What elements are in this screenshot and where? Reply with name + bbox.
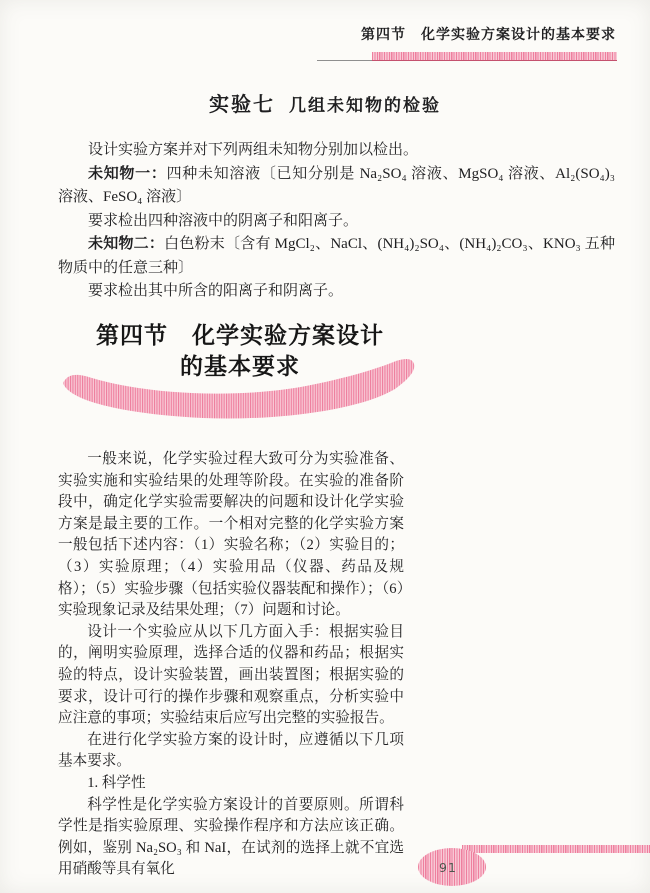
- body-paragraph: 设计一个实验应从以下几方面入手：根据实验目的，阐明实验原理，选择合适的仪器和药品…: [58, 622, 404, 730]
- experiment-paragraph: 要求检出其中所含的阳离子和阴离子。: [58, 280, 615, 304]
- body-paragraph: 科学性是化学实验方案设计的首要原则。所谓科学性是指实验原理、实验操作程序和方法应…: [58, 795, 404, 881]
- footer-stripe-band: [462, 845, 650, 853]
- section-heading: 第四节 化学实验方案设计 的基本要求: [60, 320, 420, 382]
- body-paragraph: 在进行化学实验方案的设计时，应遵循以下几项基本要求。: [58, 730, 404, 773]
- section-body: 一般来说，化学实验过程大致可分为实验准备、实验实施和实验结果的处理等阶段。在实验…: [58, 449, 404, 881]
- body-paragraph: 1. 科学性: [58, 773, 404, 795]
- page-number: 91: [439, 860, 457, 875]
- experiment-paragraph: 未知物二：白色粉末〔含有 MgCl₂、NaCl、(NH₄)₂SO₄、(NH₄)₂…: [58, 233, 615, 280]
- header-stripe-band: [372, 52, 617, 61]
- experiment-paragraph: 未知物一：四种未知溶液〔已知分别是 Na₂SO₄ 溶液、MgSO₄ 溶液、Al₂…: [58, 163, 615, 210]
- experiment-title: 实验七几组未知物的检验: [0, 88, 650, 117]
- section-heading-line2: 的基本要求: [60, 351, 420, 382]
- page-number-ellipse: 91: [418, 848, 486, 886]
- experiment-title-label: 实验七: [209, 94, 275, 116]
- experiment-body: 设计实验方案并对下列两组未知物分别加以检出。 未知物一：四种未知溶液〔已知分别是…: [58, 139, 615, 304]
- experiment-title-text: 几组未知物的检验: [289, 96, 441, 115]
- experiment-paragraph: 设计实验方案并对下列两组未知物分别加以检出。: [58, 139, 615, 163]
- section-heading-line1: 第四节 化学实验方案设计: [60, 320, 420, 351]
- experiment-paragraph: 要求检出四种溶液中的阴离子和阳离子。: [58, 210, 615, 234]
- body-paragraph: 一般来说，化学实验过程大致可分为实验准备、实验实施和实验结果的处理等阶段。在实验…: [58, 449, 404, 622]
- textbook-page: 第四节 化学实验方案设计的基本要求 实验七几组未知物的检验 设计实验方案并对下列…: [0, 0, 650, 893]
- chapter-header: 第四节 化学实验方案设计的基本要求: [361, 24, 616, 44]
